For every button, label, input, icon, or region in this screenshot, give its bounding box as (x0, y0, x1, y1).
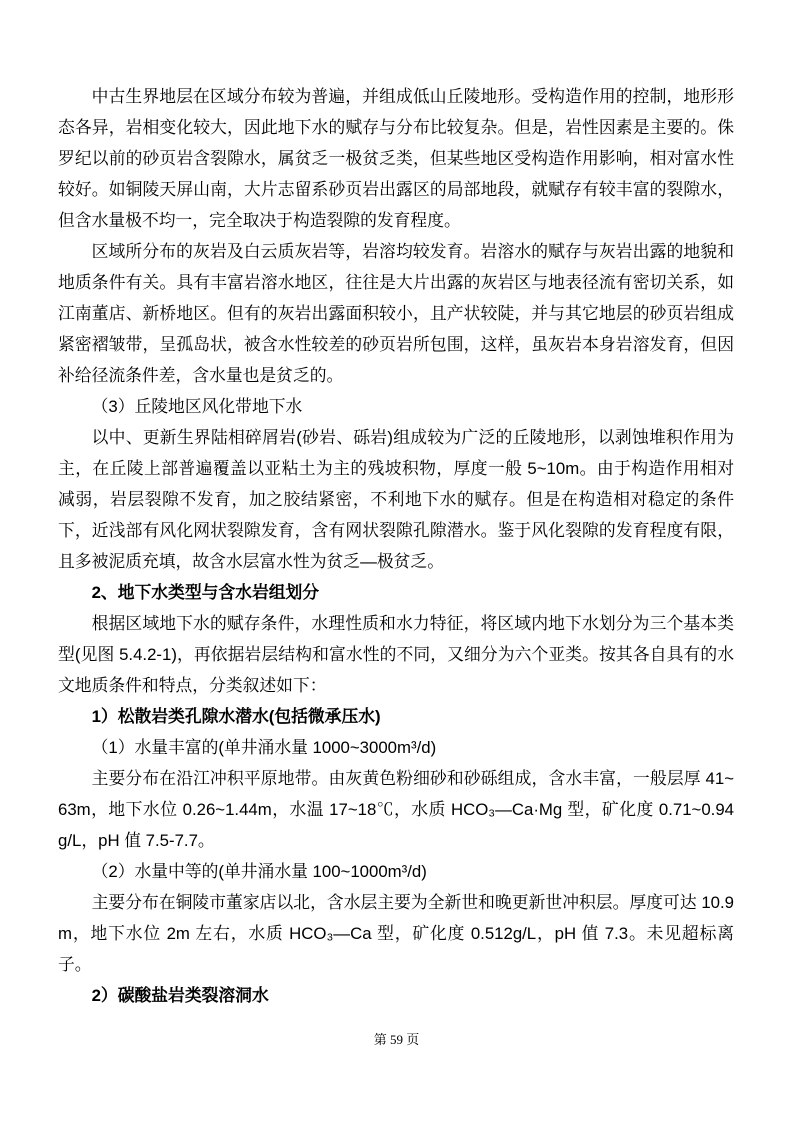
paragraph-mesozoic-strata: 中古生界地层在区域分布较为普遍，并组成低山丘陵地形。受构造作用的控制，地形形态各… (58, 81, 734, 236)
heading-carbonate-fissure-cave-water: 2）碳酸盐岩类裂溶洞水 (58, 980, 734, 1011)
paragraph-item-1-abundant-water-title: （1）水量丰富的(单井涌水量 1000~3000m³/d) (58, 732, 734, 763)
paragraph-weathered-zone-detail: 以中、更新生界陆相碎屑岩(砂岩、砾岩)组成较为广泛的丘陵地形，以剥蚀堆积作用为主… (58, 422, 734, 577)
paragraph-item-3-weathered-zone-title: （3）丘陵地区风化带地下水 (58, 391, 734, 422)
paragraph-karst-limestone: 区域所分布的灰岩及白云质灰岩等，岩溶均较发育。岩溶水的赋存与灰岩出露的地貌和地质… (58, 236, 734, 391)
paragraph-classification-intro: 根据区域地下水的赋存条件，水理性质和水力特征，将区域内地下水划分为三个基本类型(… (58, 608, 734, 701)
paragraph-moderate-water-detail: 主要分布在铜陵市董家店以北，含水层主要为全新世和晚更新世冲积层。厚度可达 10.… (58, 887, 734, 980)
page-body: 中古生界地层在区域分布较为普遍，并组成低山丘陵地形。受构造作用的控制，地形形态各… (58, 81, 734, 1011)
paragraph-abundant-water-detail: 主要分布在沿江冲积平原地带。由灰黄色粉细砂和砂砾组成，含水丰富，一般层厚 41~… (58, 763, 734, 856)
page-number: 第 59 页 (0, 1029, 793, 1048)
document-page: 中古生界地层在区域分布较为普遍，并组成低山丘陵地形。受构造作用的控制，地形形态各… (0, 0, 793, 1122)
paragraph-item-2-moderate-water-title: （2）水量中等的(单井涌水量 100~1000m³/d) (58, 856, 734, 887)
heading-loose-rock-pore-water: 1）松散岩类孔隙水潜水(包括微承压水) (58, 701, 734, 732)
heading-groundwater-types: 2、地下水类型与含水岩组划分 (58, 577, 734, 608)
